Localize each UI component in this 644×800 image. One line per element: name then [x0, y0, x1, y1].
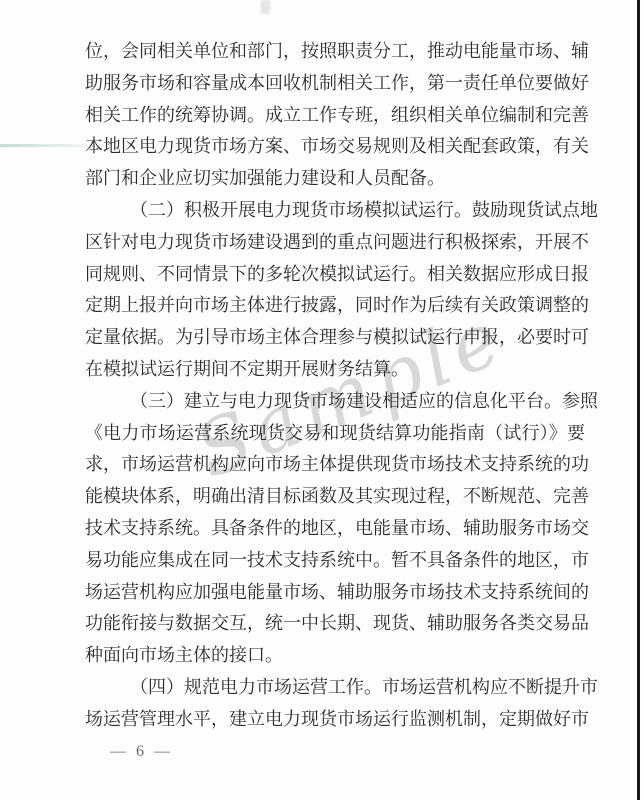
text-line: 部门和企业应切实加强能力建设和人员配备。 — [85, 163, 585, 195]
text-line: 在模拟试运行期间不定期开展财务结算。 — [85, 354, 585, 386]
text-line: （二）积极开展电力现货市场模拟试运行。鼓励现货试点地 — [85, 195, 585, 227]
scanned-document-page: Sample 位，会同相关单位和部门，按照职责分工，推动电能量市场、辅助服务市场… — [0, 0, 644, 800]
text-line: 能模块体系，明确出清目标函数及其实现过程，不断规范、完善 — [85, 481, 585, 513]
text-line: 功能衔接与数据交互，统一中长期、现货、辅助服务各类交易品 — [85, 608, 585, 640]
text-line: 定量依据。为引导市场主体合理参与模拟试运行申报，必要时可 — [85, 322, 585, 354]
scan-artifact-top-smudge — [261, 0, 270, 14]
text-line: （四）规范电力市场运营工作。市场运营机构应不断提升市 — [85, 672, 585, 704]
text-line: 《电力市场运营系统现货交易和现货结算功能指南（试行）》要 — [85, 418, 585, 450]
text-line: （三）建立与电力现货市场建设相适应的信息化平台。参照 — [85, 386, 585, 418]
document-body: 位，会同相关单位和部门，按照职责分工，推动电能量市场、辅助服务市场和容量成本回收… — [85, 36, 585, 736]
scan-edge-line — [637, 0, 640, 800]
text-line: 求，市场运营机构应向市场主体提供现货市场技术支持系统的功 — [85, 449, 585, 481]
text-line: 位，会同相关单位和部门，按照职责分工，推动电能量市场、辅 — [85, 36, 585, 68]
text-line: 场运营机构应加强电能量市场、辅助服务市场技术支持系统间的 — [85, 577, 585, 609]
text-line: 种面向市场主体的接口。 — [85, 640, 585, 672]
page-number: — 6 — — [110, 743, 173, 761]
text-line: 本地区电力现货市场方案、市场交易规则及相关配套政策，有关 — [85, 131, 585, 163]
text-line: 同规则、不同情景下的多轮次模拟试运行。相关数据应形成日报 — [85, 259, 585, 291]
text-line: 场运营管理水平，建立电力现货市场运行监测机制，定期做好市 — [85, 704, 585, 736]
text-line: 技术支持系统。具备条件的地区，电能量市场、辅助服务市场交 — [85, 513, 585, 545]
text-line: 相关工作的统筹协调。成立工作专班，组织相关单位编制和完善 — [85, 100, 585, 132]
text-line: 易功能应集成在同一技术支持系统中。暂不具备条件的地区，市 — [85, 545, 585, 577]
text-line: 助服务市场和容量成本回收机制相关工作，第一责任单位要做好 — [85, 68, 585, 100]
text-line: 定期上报并向市场主体进行披露，同时作为后续有关政策调整的 — [85, 290, 585, 322]
text-line: 区针对电力现货市场建设遇到的重点问题进行积极探索，开展不 — [85, 227, 585, 259]
